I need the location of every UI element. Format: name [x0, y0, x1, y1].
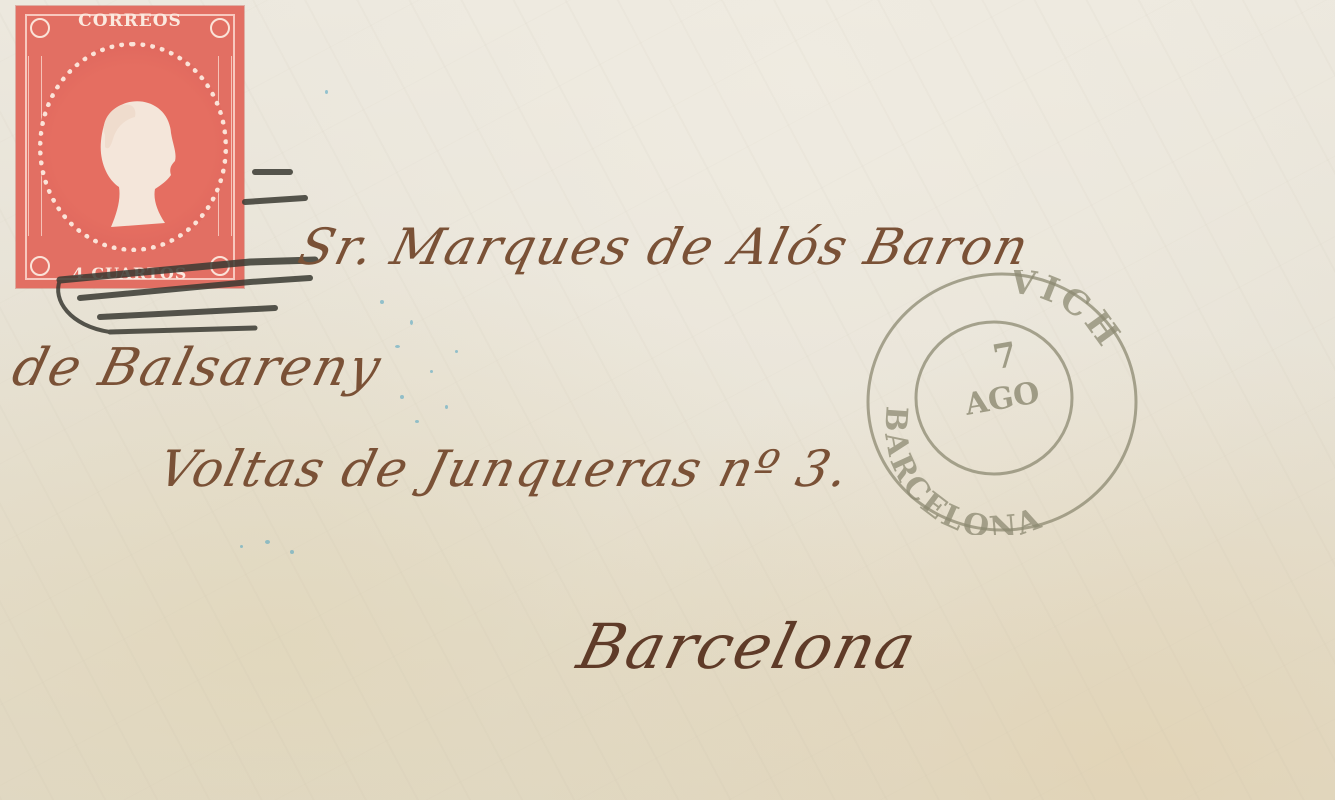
address-title: de Balsareny	[7, 338, 389, 398]
queen-portrait-icon	[91, 95, 181, 235]
address-street: Voltas de Junqueras nº 3.	[153, 440, 857, 498]
postmark-town: VICH	[1006, 270, 1130, 356]
envelope: CORREOS 4 CUARTOS	[0, 0, 1335, 800]
stamp-medallion	[38, 42, 228, 252]
svg-text:VICH: VICH	[1006, 270, 1130, 356]
address-city: Barcelona	[571, 610, 925, 683]
stamp-value-label: 4 CUARTOS	[16, 264, 244, 283]
address-recipient: Sr. Marques de Alós Baron	[293, 218, 1036, 276]
postmark-month: AGO	[961, 375, 1042, 423]
postage-stamp: CORREOS 4 CUARTOS	[16, 6, 244, 288]
postmark-day: 7	[990, 335, 1020, 379]
circular-date-postmark: VICH BARCELONA 7 AGO	[862, 270, 1142, 535]
stamp-top-label: CORREOS	[16, 11, 244, 31]
